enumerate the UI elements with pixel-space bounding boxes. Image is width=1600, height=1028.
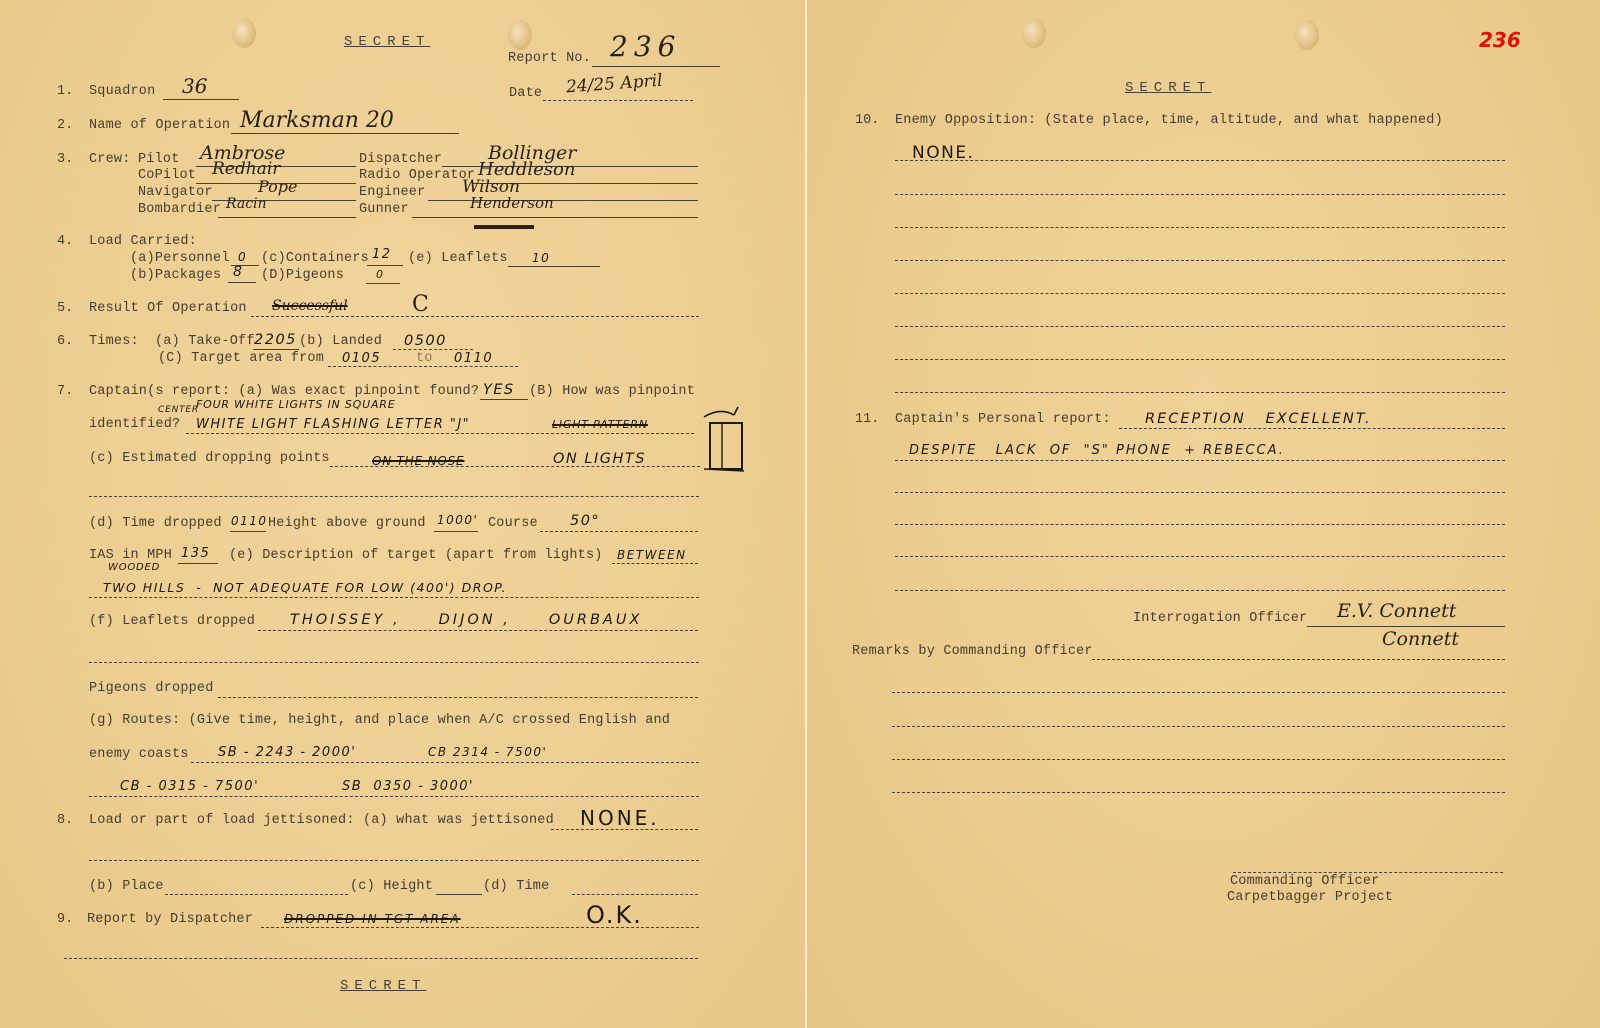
report-page-back: 236 SECRET 10. Enemy Opposition: (State … xyxy=(807,0,1600,1028)
personnel-label: (a)Personnel xyxy=(130,251,230,266)
dispatcher-report-value: O.K. xyxy=(586,901,643,929)
landed-line xyxy=(393,349,473,350)
drop-pattern-sketch xyxy=(700,405,750,475)
pigeons-dropped-label: Pigeons dropped xyxy=(89,681,214,696)
date-value: 24/25 April xyxy=(565,71,663,98)
height-label: Height above ground xyxy=(268,516,426,531)
operation-name-line xyxy=(231,133,459,134)
target-area-line xyxy=(328,366,518,367)
leaflets-label: (e) Leaflets xyxy=(408,251,508,266)
classification-header: SECRET xyxy=(1125,80,1211,96)
routes-line xyxy=(191,762,699,763)
packages-line xyxy=(228,282,256,283)
bombardier-value: Racin xyxy=(226,196,267,212)
dropping-struck-value: ON THE NOSE xyxy=(372,454,464,468)
punch-hole xyxy=(1295,20,1319,50)
item-number: 1. xyxy=(57,84,73,99)
classification-header: SECRET xyxy=(344,34,430,50)
item-number: 6. xyxy=(57,334,73,349)
time-dropped-line xyxy=(230,531,266,532)
routes-label: (g) Routes: (Give time, height, and plac… xyxy=(89,713,670,728)
personal-report-line xyxy=(1119,428,1505,429)
item-number: 5. xyxy=(57,301,73,316)
leaflets-value: 10 xyxy=(532,251,550,265)
leaflets-dropped-label: (f) Leaflets dropped xyxy=(89,614,255,629)
identified-value: WHITE LIGHT FLASHING LETTER "J" xyxy=(196,417,470,432)
enemy-coasts-label: enemy coasts xyxy=(89,747,189,762)
enemy-opposition-label: Enemy Opposition: (State place, time, al… xyxy=(895,113,1443,128)
course-value: 50° xyxy=(570,513,600,529)
takeoff-value: 2205 xyxy=(254,332,297,348)
crew-label: Crew: xyxy=(89,152,131,167)
captain-report-question-a: Captain(s report: (a) Was exact pinpoint… xyxy=(89,384,479,399)
jettison-height-label: (c) Height xyxy=(350,879,433,894)
date-label: Date xyxy=(509,86,542,101)
containers-value: 12 xyxy=(372,247,392,262)
classification-footer: SECRET xyxy=(340,978,426,994)
description-value-1: BETWEEN xyxy=(617,548,687,562)
course-label: Course xyxy=(488,516,538,531)
routes-line-2 xyxy=(89,796,699,797)
containers-label: (c)Containers xyxy=(261,251,369,266)
remarks-line xyxy=(892,759,1505,760)
route-4: SB 0350 - 3000' xyxy=(342,779,474,794)
personal-report-line xyxy=(895,460,1505,461)
height-line xyxy=(434,531,478,532)
gunner-label: Gunner xyxy=(359,202,409,217)
personnel-value: 0 xyxy=(238,250,247,264)
commanding-officer-signature-line xyxy=(1233,872,1503,873)
remarks-label: Remarks by Commanding Officer xyxy=(852,644,1093,659)
opposition-line xyxy=(895,359,1505,360)
pilot-label: Pilot xyxy=(138,152,180,167)
opposition-line xyxy=(895,160,1505,161)
commanding-officer-label: Commanding Officer xyxy=(1230,874,1379,889)
opposition-line xyxy=(895,392,1505,393)
date-line xyxy=(543,100,693,101)
item-number: 9. xyxy=(57,912,73,927)
dropping-value: ON LIGHTS xyxy=(553,451,646,467)
squadron-line xyxy=(163,99,239,100)
pinpoint-line xyxy=(480,399,528,400)
squadron-value: 36 xyxy=(182,74,207,98)
load-carried-label: Load Carried: xyxy=(89,234,197,249)
landed-value: 0500 xyxy=(404,333,447,349)
blank-line xyxy=(89,662,699,663)
result-line xyxy=(251,316,699,317)
result-struck-value: Successful xyxy=(272,298,348,314)
opposition-line xyxy=(895,326,1505,327)
engineer-line xyxy=(428,200,698,201)
pigeons-dropped-line xyxy=(218,697,698,698)
remarks-line xyxy=(892,726,1505,727)
report-no-line xyxy=(592,66,720,67)
opposition-line xyxy=(895,260,1505,261)
jettisoned-label: Load or part of load jettisoned: (a) wha… xyxy=(89,813,554,828)
item-number: 2. xyxy=(57,118,73,133)
target-to-value: 0110 xyxy=(454,351,493,366)
description-line-2 xyxy=(89,597,699,598)
opposition-line xyxy=(895,227,1505,228)
target-area-label: (C) Target area from xyxy=(158,351,324,366)
route-1: SB - 2243 - 2000' xyxy=(218,745,356,760)
packages-value: 8 xyxy=(233,264,243,280)
pigeons-line xyxy=(366,283,400,284)
route-2: CB 2314 - 7500' xyxy=(428,745,547,759)
personal-report-line xyxy=(895,590,1505,591)
identified-insert-center: CENTER xyxy=(158,405,199,415)
time-dropped-label: (d) Time dropped xyxy=(89,516,222,531)
item-number: 4. xyxy=(57,234,73,249)
report-no-value: 236 xyxy=(610,30,681,63)
captain-personal-report-label: Captain's Personal report: xyxy=(895,412,1111,427)
containers-line xyxy=(367,265,403,266)
identified-insert: FOUR WHITE LIGHTS IN SQUARE xyxy=(196,398,395,411)
gunner-line xyxy=(412,217,698,218)
personal-report-value-2: DESPITE LACK OF "S" PHONE + REBECCA. xyxy=(909,443,1285,458)
time-dropped-value: 0110 xyxy=(231,514,268,528)
takeoff-line xyxy=(253,349,299,350)
bombardier-label: Bombardier xyxy=(138,202,221,217)
copilot-label: CoPilot xyxy=(138,168,196,183)
copilot-value: Redhair xyxy=(212,159,280,179)
place-label: (b) Place xyxy=(89,879,164,894)
remarks-line xyxy=(892,792,1505,793)
course-line xyxy=(540,531,698,532)
punch-hole xyxy=(1022,18,1046,48)
dispatcher-label: Dispatcher xyxy=(359,152,442,167)
pigeons-value: 0 xyxy=(376,268,385,281)
personal-report-line xyxy=(895,524,1505,525)
result-value: C xyxy=(412,292,429,317)
dispatcher-report-struck: DROPPED IN TGT AREA xyxy=(284,912,461,926)
target-from-value: 0105 xyxy=(342,351,381,366)
description-value-2: TWO HILLS - NOT ADEQUATE FOR LOW (400') … xyxy=(103,580,507,595)
item-number: 11. xyxy=(855,412,879,427)
page-number-stamp: 236 xyxy=(1479,28,1521,52)
route-3: CB - 0315 - 7500' xyxy=(120,779,259,794)
description-line xyxy=(612,563,698,564)
ias-line xyxy=(178,563,218,564)
scribble-mark xyxy=(474,225,534,229)
identified-label: identified? xyxy=(89,417,180,432)
blank-line xyxy=(64,958,698,959)
blank-line xyxy=(89,496,699,497)
bombardier-line xyxy=(218,217,356,218)
navigator-value: Pope xyxy=(258,177,297,196)
report-no-label: Report No. xyxy=(508,51,591,66)
navigator-label: Navigator xyxy=(138,185,213,200)
height-value: 1000' xyxy=(437,513,478,527)
engineer-label: Engineer xyxy=(359,185,425,200)
interrogation-officer-signature: E.V. Connett xyxy=(1337,600,1456,622)
item-number: 10. xyxy=(855,113,879,128)
gunner-value: Henderson xyxy=(470,194,554,212)
takeoff-label: (a) Take-Off xyxy=(155,334,255,349)
punch-hole xyxy=(232,18,256,48)
jettison-time-label: (d) Time xyxy=(483,879,549,894)
jettisoned-value: NONE. xyxy=(580,806,660,830)
radio-operator-label: Radio Operator xyxy=(359,168,475,183)
personal-report-line xyxy=(895,556,1505,557)
remarks-line xyxy=(892,692,1505,693)
personal-report-line xyxy=(895,492,1505,493)
jettison-time-line xyxy=(572,894,698,895)
item-number: 7. xyxy=(57,384,73,399)
to-label: to xyxy=(416,351,433,366)
blank-line xyxy=(89,860,699,861)
remarks-line xyxy=(1092,659,1505,660)
operation-name-value: Marksman 20 xyxy=(240,108,394,133)
opposition-line xyxy=(895,194,1505,195)
item-number: 3. xyxy=(57,152,73,167)
leaflets-dropped-line xyxy=(258,630,698,631)
identified-line xyxy=(186,433,694,434)
target-description-label: (e) Description of target (apart from li… xyxy=(229,548,603,563)
description-insert: WOODED xyxy=(108,562,160,573)
times-label: Times: xyxy=(89,334,139,349)
leaflets-dropped-value: THOISSEY , DIJON , OURBAUX xyxy=(290,612,642,628)
jettison-height-line xyxy=(436,894,482,895)
packages-label: (b)Packages xyxy=(130,268,221,283)
captain-report-question-b: (B) How was pinpoint xyxy=(529,384,695,399)
interrogation-officer-label: Interrogation Officer xyxy=(1133,611,1307,626)
interrogation-officer-line xyxy=(1307,626,1505,627)
squadron-label: Squadron xyxy=(89,84,155,99)
dispatcher-report-label: Report by Dispatcher xyxy=(87,912,253,927)
opposition-line xyxy=(895,293,1505,294)
project-label: Carpetbagger Project xyxy=(1227,890,1393,905)
ias-label: IAS in MPH xyxy=(89,548,172,563)
item-number: 8. xyxy=(57,813,73,828)
punch-hole xyxy=(508,20,532,50)
ias-value: 135 xyxy=(181,546,210,561)
landed-label: (b) Landed xyxy=(299,334,382,349)
identified-struck-value: LIGHT PATTERN xyxy=(552,418,648,431)
interrogation-officer-name: Connett xyxy=(1382,628,1459,650)
leaflets-line xyxy=(508,266,600,267)
dropping-points-label: (c) Estimated dropping points xyxy=(89,451,330,466)
place-line xyxy=(165,894,348,895)
pinpoint-found-value: YES xyxy=(483,382,515,398)
report-page-front: SECRET Report No. 236 1. Squadron 36 Dat… xyxy=(0,0,805,1028)
personal-report-value-1: RECEPTION EXCELLENT. xyxy=(1145,411,1372,427)
pigeons-label: (D)Pigeons xyxy=(261,268,344,283)
operation-name-label: Name of Operation xyxy=(89,118,230,133)
result-label: Result Of Operation xyxy=(89,301,247,316)
